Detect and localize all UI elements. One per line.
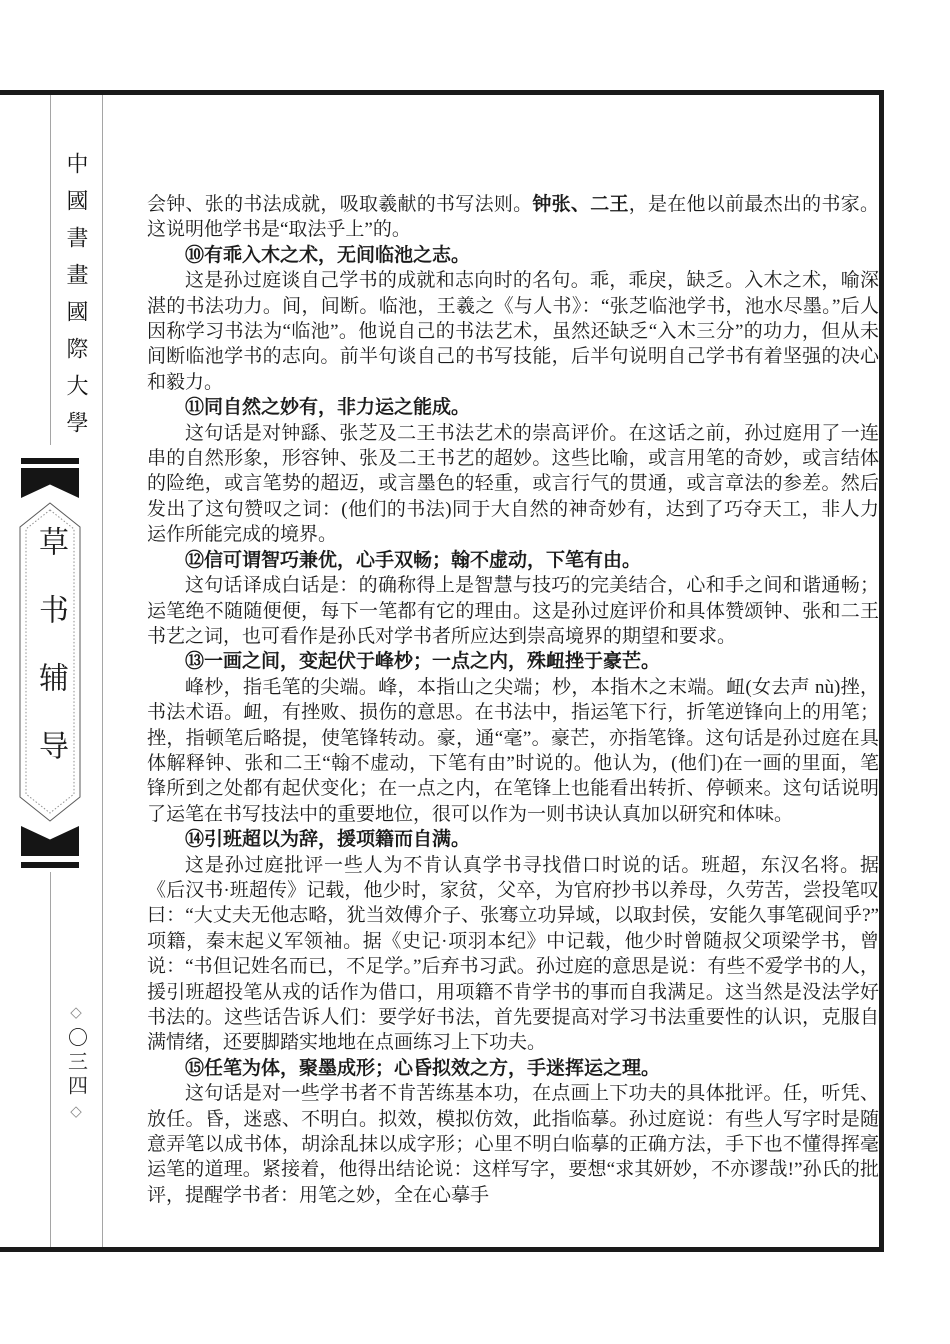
diamond-ornament-top: ◇ [70,1006,82,1021]
section-heading: ⑬一画之间，变起伏于峰杪；一点之内，殊衄挫于豪芒。 [147,649,879,674]
university-name-text: 中國書畫國際大學 [61,152,92,448]
emblem-cartouche: 草书辅导 [19,502,81,822]
university-name-vertical: 中國書畫國際大學 [51,152,102,448]
text-segment: ⑪同自然之妙有，非力运之能成。 [185,397,470,418]
series-emblem: 草书辅导 [19,458,81,868]
emblem-bottom-bar [21,862,79,868]
emblem-top-ribbon [21,468,79,498]
text-segment: ⑩有乖入木之术，无间临池之志。 [185,245,470,266]
text-segment: 这句话是对钟繇、张芝及二王书法艺术的崇高评价。在这话之前，孙过庭用了一连串的自然… [147,423,879,546]
text-segment: 峰杪，指毛笔的尖端。峰，本指山之尖端；杪，本指木之末端。衄(女去声 nù)挫，书… [147,677,879,825]
text-segment: ⑫信可谓智巧兼优，心手双畅；翰不虚动，下笔有由。 [185,550,641,571]
text-segment: 这是孙过庭谈自己学书的成就和志向时的名句。乖，乖戾，缺乏。入木之术，喻深湛的书法… [147,270,879,393]
book-title: 草书辅导 [19,502,81,822]
body-paragraph: 这是孙过庭批评一些人为不肯认真学书寻找借口时说的话。班超，东汉名将。据《后汉书·… [147,853,879,1056]
section-heading: ⑩有乖入木之术，无间临池之志。 [147,243,879,268]
body-paragraph: 这是孙过庭谈自己学书的成就和志向时的名句。乖，乖戾，缺乏。入木之术，喻深湛的书法… [147,268,879,395]
text-segment: ⑬一画之间，变起伏于峰杪；一点之内，殊衄挫于豪芒。 [185,651,660,672]
body-paragraph: 峰杪，指毛笔的尖端。峰，本指山之尖端；杪，本指木之末端。衄(女去声 nù)挫，书… [147,675,879,827]
diamond-ornament-bottom: ◇ [70,1105,82,1120]
text-segment: 会钟、张的书法成就，吸取羲献的书写法则。 [147,194,532,215]
text-segment: 这是孙过庭批评一些人为不肯认真学书寻找借口时说的话。班超，东汉名将。据《后汉书·… [147,855,879,1054]
folio-block: ◇ 〇三四 ◇ [50,1006,102,1120]
text-segment: ⑮任笔为体，聚墨成形；心昏拟效之方，手迷挥运之理。 [185,1058,660,1079]
emblem-bottom-ribbon [21,826,79,856]
body-paragraph: 这句话是对一些学书者不肯苦练基本功，在点画上下功夫的具体批评。任，听凭、放任。昏… [147,1081,879,1208]
emblem-top-bar [21,458,79,464]
frame-right-rule [879,90,884,1252]
body-paragraph: 会钟、张的书法成就，吸取羲献的书写法则。钟张、二王，是在他以前最杰出的书家。这说… [147,192,879,243]
frame-bottom-rule [0,1247,884,1252]
text-segment: ⑭引班超以为辞，援项籍而自满。 [185,829,470,850]
section-heading: ⑭引班超以为辞，援项籍而自满。 [147,827,879,852]
page-number: 〇三四 [62,1027,91,1099]
text-segment: 钟张、二王 [532,194,628,215]
section-heading: ⑮任笔为体，聚墨成形；心昏拟效之方，手迷挥运之理。 [147,1056,879,1081]
section-heading: ⑫信可谓智巧兼优，心手双畅；翰不虚动，下笔有由。 [147,548,879,573]
sidebar-right-rule [102,95,103,1247]
section-heading: ⑪同自然之妙有，非力运之能成。 [147,395,879,420]
main-text: 会钟、张的书法成就，吸取羲献的书写法则。钟张、二王，是在他以前最杰出的书家。这说… [147,192,879,1208]
text-segment: 这句话译成白话是：的确称得上是智慧与技巧的完美结合，心和手之间和谐通畅；运笔绝不… [147,575,879,647]
text-segment: 这句话是对一些学书者不肯苦练基本功，在点画上下功夫的具体批评。任，听凭、放任。昏… [147,1083,879,1206]
body-paragraph: 这句话是对钟繇、张芝及二王书法艺术的崇高评价。在这话之前，孙过庭用了一连串的自然… [147,421,879,548]
body-paragraph: 这句话译成白话是：的确称得上是智慧与技巧的完美结合，心和手之间和谐通畅；运笔绝不… [147,573,879,649]
frame-top-rule [0,90,884,95]
